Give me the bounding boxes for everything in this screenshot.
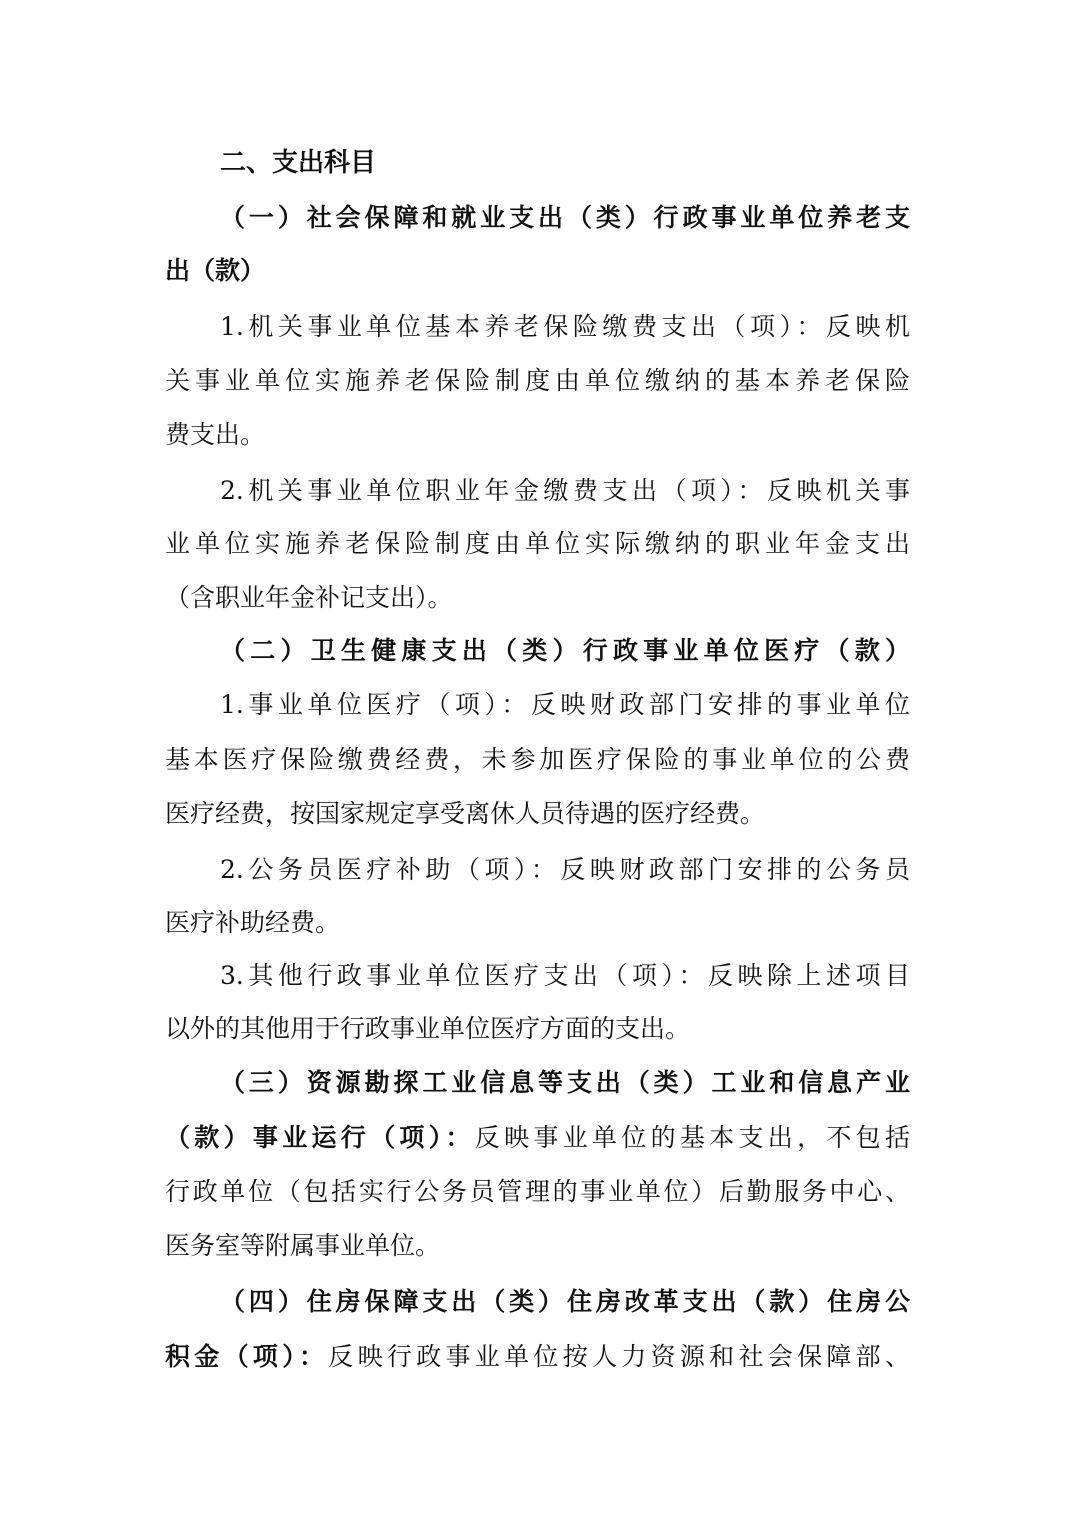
section-title: 二、支出科目 <box>220 143 910 183</box>
item-1-1-line-3: 费支出。 <box>165 415 910 455</box>
subsection-heading-3-bold-part: （款）事业运行（项）： <box>165 1123 475 1152</box>
item-2-1-line-3: 医疗经费，按国家规定享受离休人员待遇的医疗经费。 <box>165 794 910 834</box>
subsection-heading-4-line-1: （四）住房保障支出（类）住房改革支出（款）住房公 <box>220 1282 910 1322</box>
item-2-3-line-2: 以外的其他用于行政事业单位医疗方面的支出。 <box>165 1009 910 1049</box>
item-2-3-line-1: 3.其他行政事业单位医疗支出（项）：反映除上述项目 <box>220 956 910 996</box>
item-2-2-line-1: 2.公务员医疗补助（项）：反映财政部门安排的公务员 <box>220 850 910 890</box>
subsection-heading-3-line-1: （三）资源勘探工业信息等支出（类）工业和信息产业 <box>220 1063 910 1103</box>
subsection-heading-1-line-1: （一）社会保障和就业支出（类）行政事业单位养老支 <box>220 198 910 238</box>
subsection-3-line-3: 行政单位（包括实行公务员管理的事业单位）后勤服务中心、 <box>165 1172 910 1212</box>
item-1-1-line-2: 关事业单位实施养老保险制度由单位缴纳的基本养老保险 <box>165 361 910 401</box>
subsection-3-description-start: 反映事业单位的基本支出，不包括 <box>475 1123 910 1152</box>
item-2-1-line-2: 基本医疗保险缴费经费，未参加医疗保险的事业单位的公费 <box>165 740 910 780</box>
subsection-heading-1-line-2: 出（款） <box>165 251 910 291</box>
item-2-2-line-2: 医疗补助经费。 <box>165 903 910 943</box>
subsection-4-line-2: 积金（项）：反映行政事业单位按人力资源和社会保障部、 <box>165 1337 910 1377</box>
subsection-heading-4-bold-part: 积金（项）： <box>165 1342 328 1371</box>
subsection-heading-2: （二）卫生健康支出（类）行政事业单位医疗（款） <box>220 631 910 671</box>
item-1-2-line-3: （含职业年金补记支出）。 <box>165 578 910 618</box>
subsection-4-description-start: 反映行政事业单位按人力资源和社会保障部、 <box>328 1342 910 1371</box>
item-1-1-line-1: 1.机关事业单位基本养老保险缴费支出（项）：反映机 <box>220 307 910 347</box>
document-page: 二、支出科目 （一）社会保障和就业支出（类）行政事业单位养老支 出（款） 1.机… <box>0 0 1074 1520</box>
subsection-3-line-4: 医务室等附属事业单位。 <box>165 1226 910 1266</box>
item-1-2-line-2: 业单位实施养老保险制度由单位实际缴纳的职业年金支出 <box>165 524 910 564</box>
subsection-3-line-2: （款）事业运行（项）：反映事业单位的基本支出，不包括 <box>165 1118 910 1158</box>
item-1-2-line-1: 2.机关事业单位职业年金缴费支出（项）：反映机关事 <box>220 471 910 511</box>
item-2-1-line-1: 1.事业单位医疗（项）：反映财政部门安排的事业单位 <box>220 685 910 725</box>
